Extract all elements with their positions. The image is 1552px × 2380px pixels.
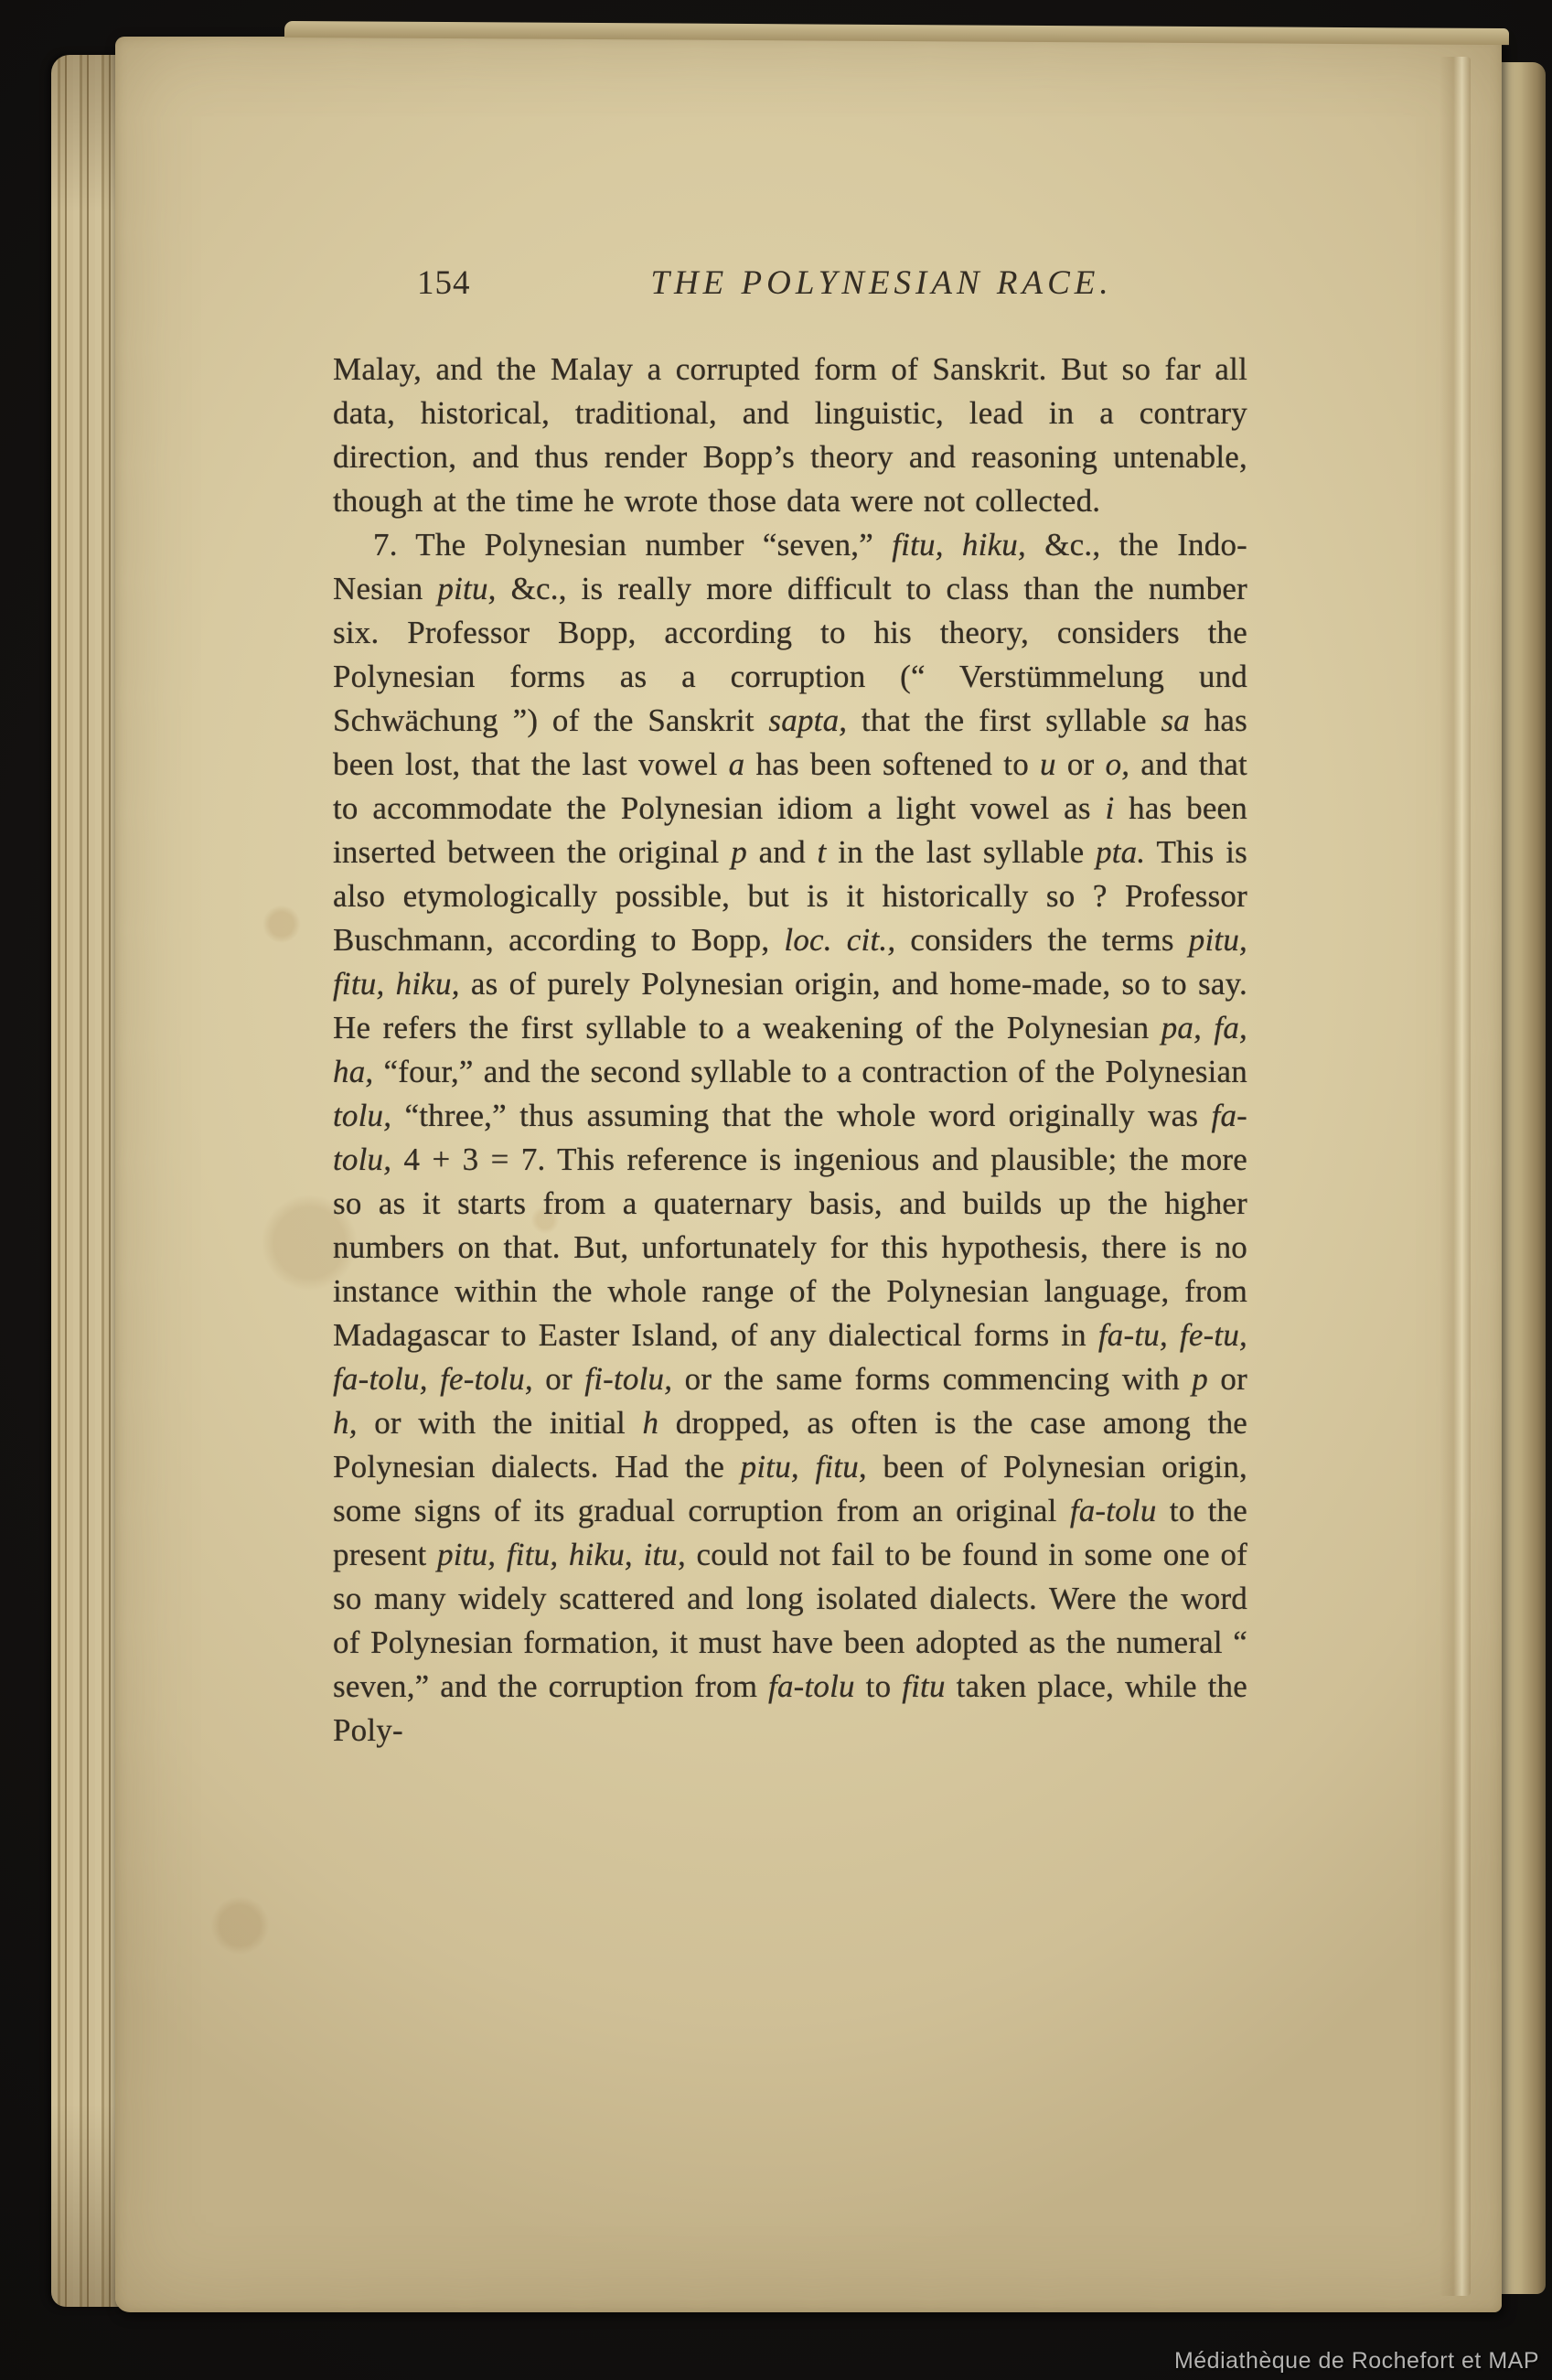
book-page: 154 THE POLYNESIAN RACE. Malay, and the … (115, 37, 1502, 2312)
paragraph: Malay, and the Malay a corrupted form of… (333, 348, 1247, 523)
page-content: 154 THE POLYNESIAN RACE. Malay, and the … (333, 263, 1247, 1753)
body-text: Malay, and the Malay a corrupted form of… (333, 348, 1247, 1753)
scan-background: 154 THE POLYNESIAN RACE. Malay, and the … (0, 0, 1552, 2380)
watermark: Médiathèque de Rochefort et MAP (1174, 2348, 1539, 2375)
page-header: 154 THE POLYNESIAN RACE. (333, 263, 1247, 309)
running-title: THE POLYNESIAN RACE. (424, 263, 1339, 303)
page-crease (1440, 57, 1471, 2296)
page-top-edge (284, 21, 1509, 45)
book-page-stack-edges (51, 55, 119, 2307)
paragraph: 7. The Polynesian number “seven,” fitu, … (333, 523, 1247, 1753)
